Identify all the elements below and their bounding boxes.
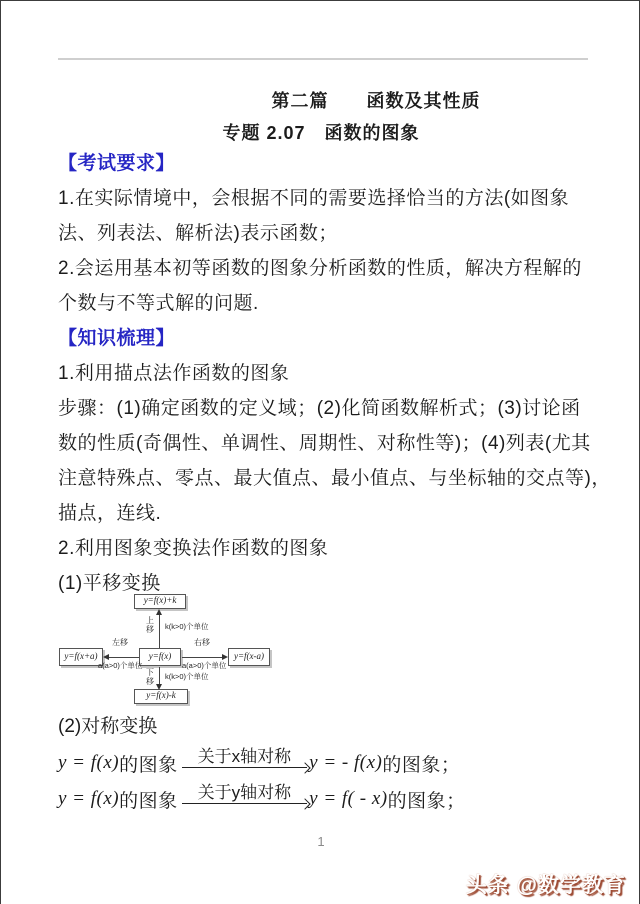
- text-line: 1.利用描点法作函数的图象: [58, 356, 588, 391]
- part-title: 第二篇 函数及其性质: [1, 87, 640, 113]
- section-heading-knowledge-review: 【知识梳理】: [58, 321, 588, 356]
- right-arrow-line: [182, 657, 223, 658]
- up-arrow-line: [159, 611, 160, 648]
- left-amount-label: a(a>0)个单位: [98, 660, 142, 671]
- watermark-toutiao: 头条 @数学教育: [466, 869, 626, 899]
- text-right: 的图象；: [388, 786, 466, 813]
- formula-right: y = - f(x): [309, 752, 382, 774]
- right-move-label: 右移: [194, 637, 210, 648]
- text-right: 的图象；: [382, 750, 460, 777]
- text-line: 数的性质(奇偶性、单调性、周期性、对称性等)；(4)列表(尤其: [58, 426, 588, 461]
- text-line: 描点，连线.: [58, 496, 588, 531]
- left-move-label: 左移: [112, 637, 128, 648]
- text-line: 个数与不等式解的问题.: [58, 286, 588, 321]
- content-block-bottom: (2)对称变换 y = f(x) 的图象 关于x轴对称 y = - f(x) 的…: [58, 709, 598, 817]
- down-amount-label: k(k>0)个单位: [165, 671, 209, 682]
- text-left: 的图象: [119, 786, 178, 813]
- diagram-box-left-result: y=f(x+a): [59, 648, 103, 666]
- up-arrowhead-icon: [156, 609, 162, 615]
- text-line: 2.利用图象变换法作函数的图象: [58, 531, 588, 566]
- page-number: 1: [1, 834, 640, 849]
- header-divider: [58, 58, 588, 60]
- text-line: 1.在实际情境中，会根据不同的需要选择恰当的方法(如图象: [58, 181, 588, 216]
- formula-left: y = f(x): [58, 752, 119, 774]
- formula-right: y = f( - x): [309, 788, 387, 810]
- labeled-arrow-x-axis: 关于x轴对称: [182, 747, 308, 768]
- labeled-arrow-y-axis: 关于y轴对称: [182, 783, 308, 804]
- symmetry-row-y-axis: y = f(x) 的图象 关于y轴对称 y = f( - x) 的图象；: [58, 781, 598, 817]
- arrow-label: 关于y轴对称: [198, 783, 292, 802]
- topic-title: 专题 2.07 函数的图象: [1, 119, 640, 145]
- text-line: 注意特殊点、零点、最大值点、最小值点、与坐标轴的交点等)，: [58, 461, 588, 496]
- text-line: 法、列表法、解析法)表示函数；: [58, 216, 588, 251]
- diagram-box-right-result: y=f(x-a): [228, 648, 270, 666]
- up-amount-label: k(k>0)个单位: [165, 621, 209, 632]
- diagram-box-up-result: y=f(x)+k: [134, 594, 186, 609]
- up-move-label: 上移: [146, 616, 155, 634]
- symmetry-row-x-axis: y = f(x) 的图象 关于x轴对称 y = - f(x) 的图象；: [58, 745, 598, 781]
- left-arrow-line: [106, 657, 139, 658]
- translation-transform-diagram: y=f(x)+k y=f(x+a) y=f(x) y=f(x-a) y=f(x)…: [58, 591, 438, 709]
- section-heading-exam-requirements: 【考试要求】: [58, 146, 588, 181]
- text-left: 的图象: [119, 750, 178, 777]
- down-arrow-line: [159, 667, 160, 685]
- arrow-label: 关于x轴对称: [198, 747, 292, 766]
- text-line: 步骤：(1)确定函数的定义域；(2)化简函数解析式；(3)讨论函: [58, 391, 588, 426]
- document-page: 第二篇 函数及其性质 专题 2.07 函数的图象 【考试要求】 1.在实际情境中…: [0, 0, 640, 904]
- down-arrowhead-icon: [156, 684, 162, 690]
- text-line: 2.会运用基本初等函数的图象分析函数的性质，解决方程解的: [58, 251, 588, 286]
- diagram-box-down-result: y=f(x)-k: [134, 689, 188, 704]
- right-amount-label: a(a>0)个单位: [182, 660, 226, 671]
- diagram-box-center: y=f(x): [139, 648, 181, 666]
- down-move-label: 下移: [146, 668, 155, 686]
- symmetry-section-title: (2)对称变换: [58, 709, 598, 745]
- formula-left: y = f(x): [58, 788, 119, 810]
- content-block-top: 【考试要求】 1.在实际情境中，会根据不同的需要选择恰当的方法(如图象 法、列表…: [58, 146, 588, 601]
